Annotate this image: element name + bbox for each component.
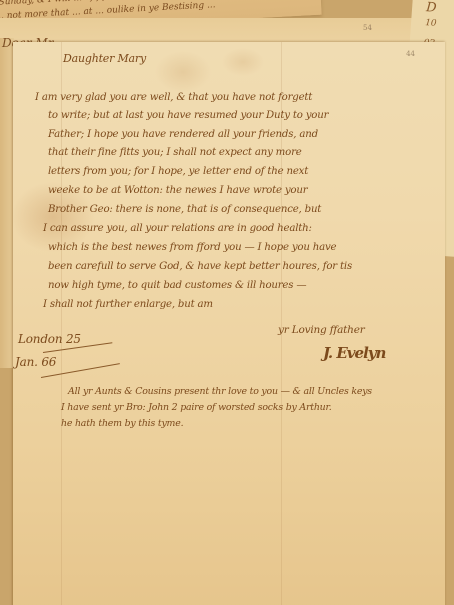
salutation: Daughter Mary bbox=[63, 52, 146, 65]
body-line: letters from you; for I hope, ye letter … bbox=[48, 166, 308, 177]
background-fragment: 10 bbox=[425, 18, 437, 29]
letter-sheet: 44 Daughter Mary I am very glad you are … bbox=[13, 42, 445, 605]
closing: yr Loving ffather bbox=[278, 324, 365, 336]
background-left-strip bbox=[0, 38, 14, 368]
postscript-line: he hath them by this tyme. bbox=[61, 418, 183, 429]
body-line: that their fine fitts you; I shall not e… bbox=[48, 147, 302, 158]
body-line: Father; I hope you have rendered all you… bbox=[48, 129, 318, 140]
signature: J. Evelyn bbox=[323, 344, 385, 362]
date-line: Jan. 66 bbox=[15, 355, 56, 369]
folio-mark: 44 bbox=[406, 50, 415, 58]
body-line: now high tyme, to quit bad customes & il… bbox=[48, 280, 306, 291]
body-line: I am very glad you are well, & that you … bbox=[35, 92, 312, 103]
body-line: Brother Geo: there is none, that is of c… bbox=[48, 204, 321, 215]
body-line: been carefull to serve God, & have kept … bbox=[48, 261, 352, 272]
body-line: I shall not further enlarge, but am bbox=[43, 299, 213, 310]
body-line: weeke to be at Wotton: the newes I have … bbox=[48, 185, 307, 196]
body-line: to write; but at last you have resumed y… bbox=[48, 110, 328, 121]
postscript-line: I have sent yr Bro: John 2 paire of wors… bbox=[61, 402, 332, 413]
fold-line bbox=[61, 42, 62, 605]
folio-mark-behind: 54 bbox=[363, 24, 372, 32]
body-line: which is the best newes from fford you —… bbox=[48, 242, 336, 253]
postscript-line: All yr Aunts & Cousins present thr love … bbox=[68, 386, 372, 397]
background-fragment: D bbox=[426, 0, 437, 16]
place-line: London 25 bbox=[18, 332, 81, 346]
body-line: I can assure you, all your relations are… bbox=[43, 223, 312, 234]
